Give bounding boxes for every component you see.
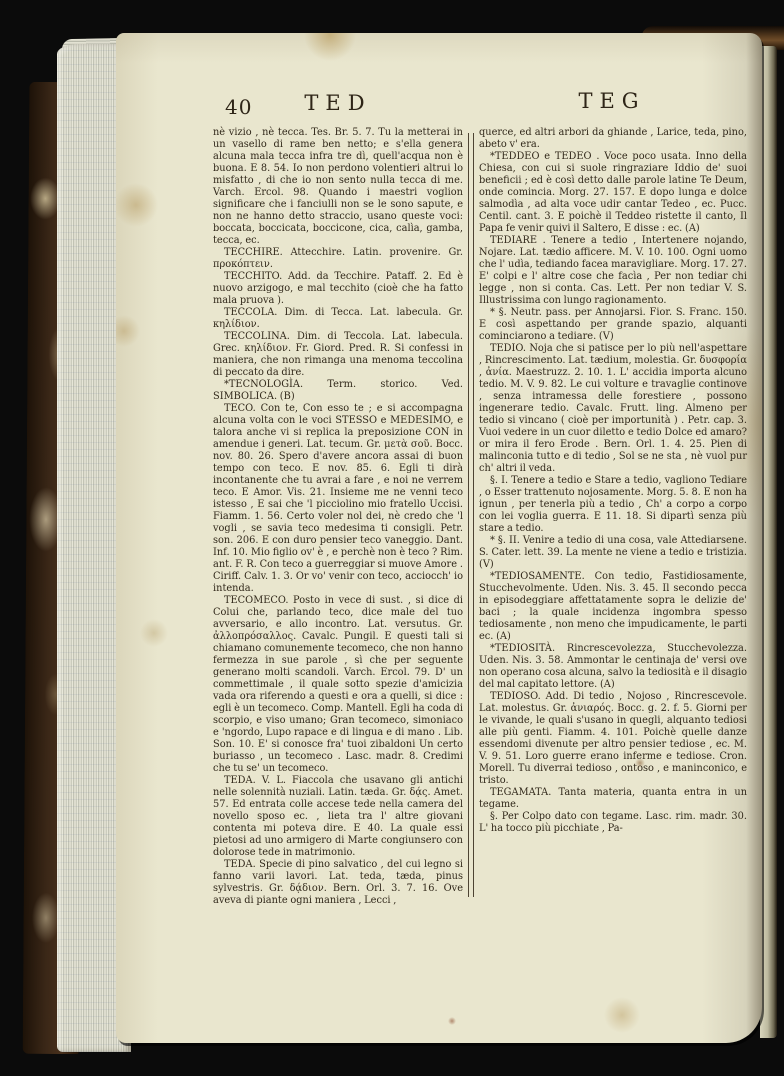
running-head-left: TED [213,91,463,115]
entry-tecchire: TECCHIRE. Attecchire. Latin. provenire. … [213,247,463,271]
entry-tediare: TEDIARE . Tenere a tedio , Intertenere n… [479,235,747,307]
running-head: 40 TED TEG [213,87,747,121]
continuation-teda: querce, ed altri arbori da ghiande , Lar… [479,127,747,151]
subentry-tediare-neutr: * §. Neutr. pass. per Annojarsi. Fior. S… [479,307,747,343]
entry-tecchito: TECCHITO. Add. da Tecchire. Pataff. 2. E… [213,271,463,307]
entry-tedio: TEDIO. Noja che si patisce per lo più ne… [479,343,747,475]
entry-teco: TECO. Con te, Con esso te ; e si accompa… [213,403,463,595]
entry-tedioso: TEDIOSO. Add. Di tedio , Nojoso , Rincre… [479,691,747,787]
subentry-tedio-2: * §. II. Venire a tedio di una cosa, val… [479,535,747,571]
entry-tegamata: TEGAMATA. Tanta materia, quanta entra in… [479,787,747,811]
entry-teccola: TECCOLA. Dim. di Tecca. Lat. labecula. G… [213,307,463,331]
subentry-tegamata-colpo: §. Per Colpo dato con tegame. Lasc. rim.… [479,811,747,835]
entry-teccolina: TECCOLINA. Dim. di Teccola. Lat. labecul… [213,331,463,379]
scanned-book-photo: 40 TED TEG nè vizio , nè tecca. Tes. Br.… [0,0,784,1076]
column-right: querce, ed altri arbori da ghiande , Lar… [479,127,747,907]
entry-teda-fiaccola: TEDA. V. L. Fiaccola che usavano gli ant… [213,775,463,859]
entry-tecomeco: TECOMECO. Posto in vece di sust. , si di… [213,595,463,775]
entry-teda-pino: TEDA. Specie di pino salvatico , del cui… [213,859,463,907]
entry-tediosamente: *TEDIOSAMENTE. Con tedio, Fastidiosament… [479,571,747,643]
book-page: 40 TED TEG nè vizio , nè tecca. Tes. Br.… [116,33,762,1043]
text-columns: nè vizio , nè tecca. Tes. Br. 5. 7. Tu l… [213,127,747,907]
entry-teddeo: *TEDDEO e TEDEO . Voce poco usata. Inno … [479,151,747,235]
subentry-tedio-1: §. I. Tenere a tedio e Stare a tedio, va… [479,475,747,535]
entry-tediosita: *TEDIOSITÀ. Rincrescevolezza, Stucchevol… [479,643,747,691]
column-left: nè vizio , nè tecca. Tes. Br. 5. 7. Tu l… [213,127,463,907]
continuation-tecca: nè vizio , nè tecca. Tes. Br. 5. 7. Tu l… [213,127,463,247]
next-page-sliver [760,46,777,1038]
entry-tecnologia: *TECNOLOGÌA. Term. storico. Ved. SIMBOLI… [213,379,463,403]
running-head-right: TEG [477,89,747,113]
column-divider-rule [463,127,479,907]
